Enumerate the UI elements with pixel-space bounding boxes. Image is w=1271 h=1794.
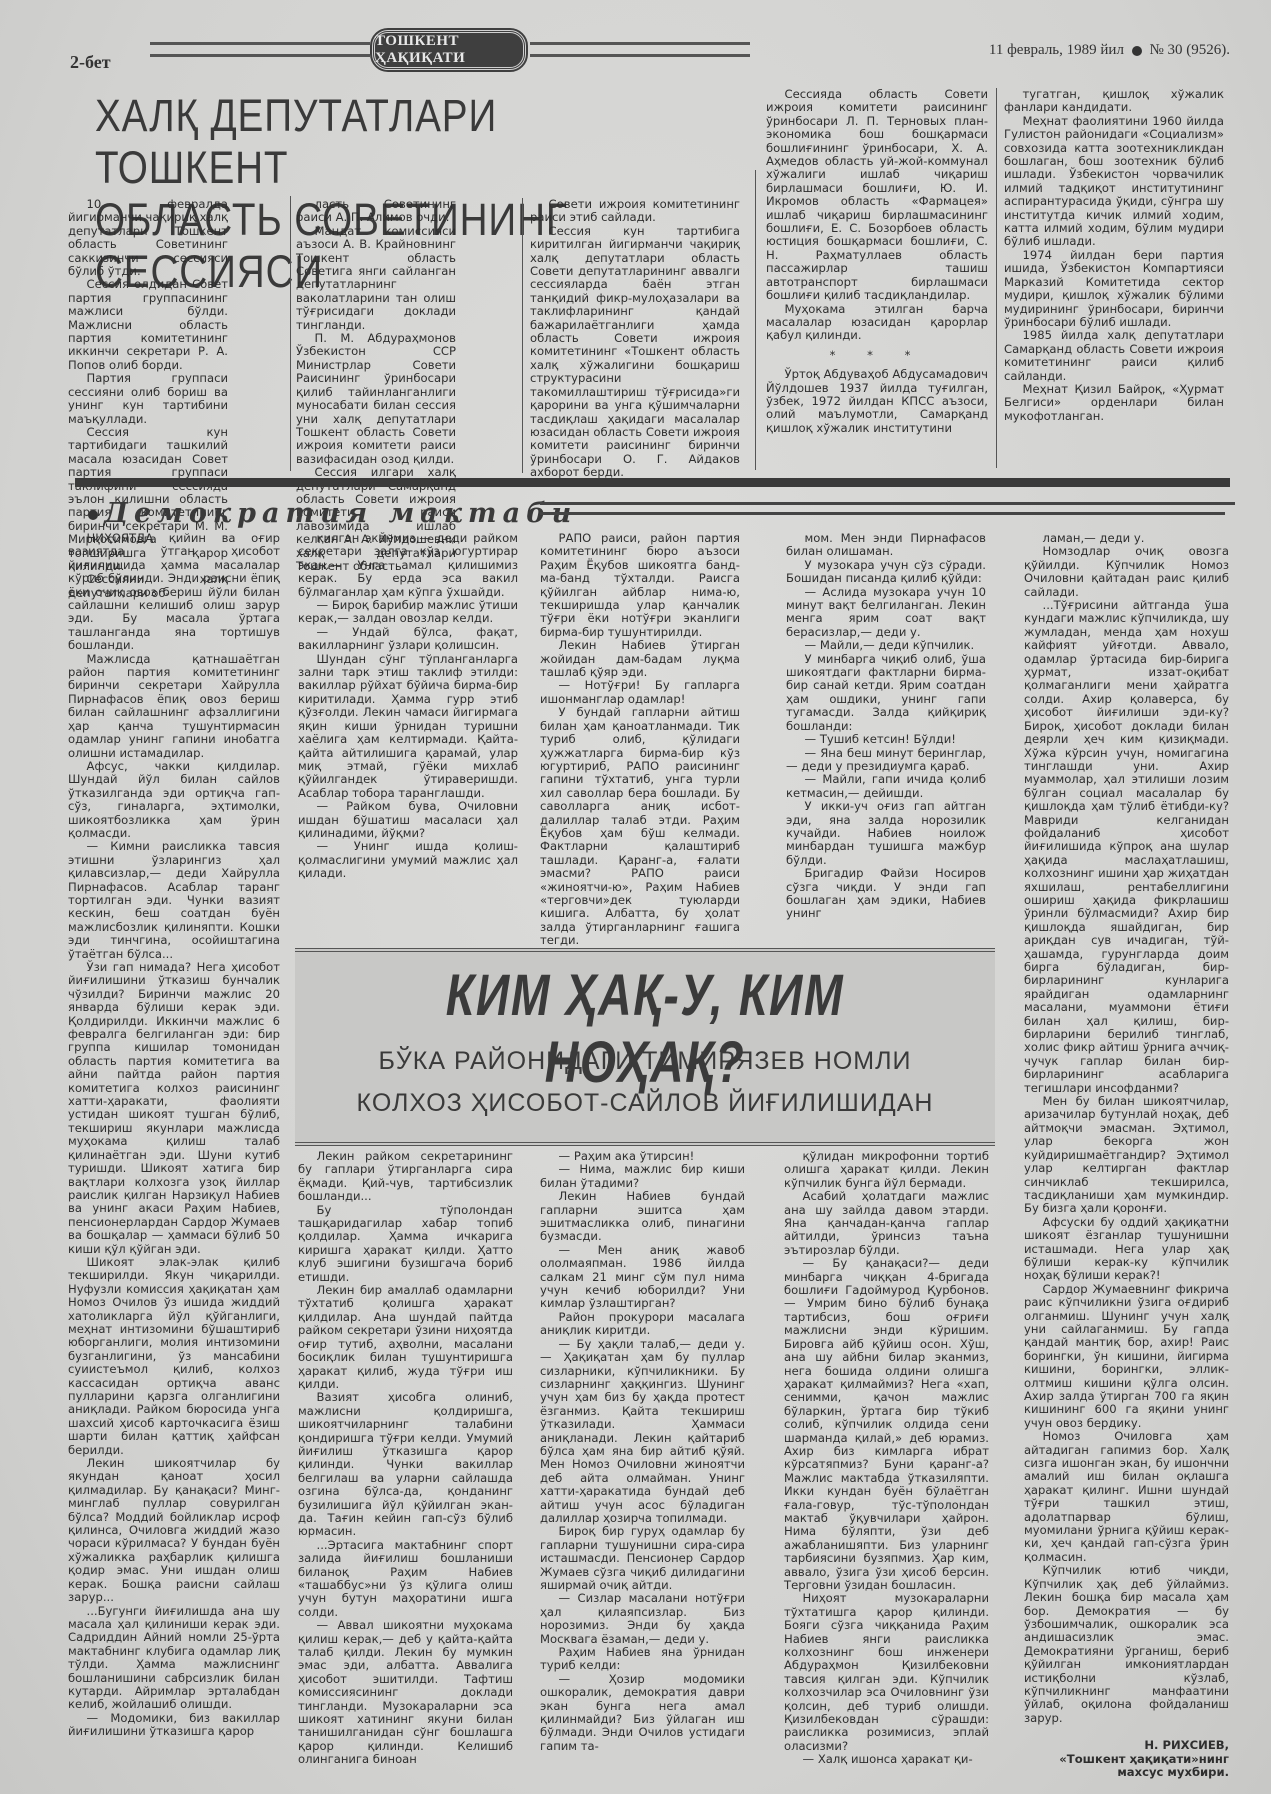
paragraph: Сардор Жумаевнинг фикрича раис кўпчиликн… xyxy=(1024,1283,1229,1430)
masthead-rule xyxy=(530,42,750,45)
issue-date: 11 февраль, 1989 йил xyxy=(989,42,1124,58)
section-separator: * * * xyxy=(766,349,988,362)
paragraph: РАПО раиси, район партия комитетининг бю… xyxy=(540,532,740,639)
article2-column-2-top: қилган эканмиз,— деди райком секретари з… xyxy=(298,532,518,881)
paragraph: Кўпчилик ютиб чиқди, Кўпчилик ҳақ деб ўй… xyxy=(1024,1564,1229,1725)
section-rule xyxy=(540,512,1225,515)
paragraph: Ўртоқ Абдуваҳоб Абдусамадович Йўлдошев 1… xyxy=(766,368,988,435)
paragraph: — Унинг ишда қолиш-қолмаслигини умумий м… xyxy=(298,840,518,880)
byline: Н. РИХСИЕВ, «Тошкент ҳақиқати»нинг махсу… xyxy=(1024,1739,1229,1779)
paragraph: Меҳнат Қизил Байроқ, «Ҳурмат Белгиси» ор… xyxy=(1004,383,1224,423)
paragraph: — Аввал шикоятни муҳокама қилиш керак,— … xyxy=(298,1619,513,1766)
paragraph: — Нима, мажлис бир киши билан ўтадими? xyxy=(540,1163,745,1190)
paragraph: — Сизлар масалани нотўғри ҳал қилаяпсизл… xyxy=(540,1592,745,1646)
paragraph: қўлидан микрофонни тортиб олишга ҳаракат… xyxy=(784,1150,989,1190)
paragraph: Ўзи гап нимада? Нега ҳисобот йиғилишини … xyxy=(68,961,280,1256)
page-number: 2-бет xyxy=(70,52,111,73)
paragraph: Шикоят элак-элак қилиб текширилди. Якун … xyxy=(68,1256,280,1457)
paragraph: — Халқ ишонса ҳаракат қи- xyxy=(784,1753,989,1766)
paragraph: — Бироқ барибир мажлис ўтиши керак,— зал… xyxy=(298,599,518,626)
paragraph: П. М. Абдураҳмонов Ўзбекистон ССР Минист… xyxy=(296,332,456,466)
paragraph: Мажлисда қатнашаётган район партия комит… xyxy=(68,653,280,760)
paragraph: 10 февралда йигирманчи чақириқ халқ депу… xyxy=(68,198,228,278)
paragraph: Мандат комиссияси аъзоси А. В. Крайновни… xyxy=(296,225,456,332)
paragraph: Раҳим Набиев яна ўрнидан туриб келди: xyxy=(540,1646,745,1673)
paragraph: — Райком бува, Очиловни ишдан бўшатиш ма… xyxy=(298,800,518,840)
article2-column-4-top: мом. Мен энди Пирнафасов билан олишаман.… xyxy=(786,532,986,921)
paragraph: қилган эканмиз,— деди райком секретари з… xyxy=(298,532,518,599)
paragraph: 1985 йилда халқ депутатлари Самарқанд об… xyxy=(1004,329,1224,383)
column-divider xyxy=(522,198,523,473)
paragraph: Район прокурори масалага аниқлик киритди… xyxy=(540,1311,745,1338)
paragraph: — Аслида музокара учун 10 минут вақт бел… xyxy=(786,586,986,640)
paragraph: Лекин шикоятчилар бу якундан қаноат ҳоси… xyxy=(68,1457,280,1604)
paragraph: — Ҳозир модомики ошкоралик, демократия д… xyxy=(540,1673,745,1753)
paragraph: — Раҳим ака ўтирсин! xyxy=(540,1150,745,1163)
bullet-icon xyxy=(1132,46,1142,56)
column-divider xyxy=(755,170,756,470)
banner-subtitle: БЎКА РАЙОНИДАГИ ТИМИРЯЗЕВ НОМЛИ xyxy=(295,1047,995,1076)
paragraph: Афсуски бу оддий ҳақиқатни шикоят ёзганл… xyxy=(1024,1216,1229,1283)
paragraph: — Майли,— деди кўпчилик. xyxy=(786,639,986,652)
paragraph: Бригадир Файзи Носиров сўзга чиқди. У эн… xyxy=(786,867,986,921)
paragraph: У минбарга чиқиб олиб, ўша шикоятдаги фа… xyxy=(786,653,986,733)
paragraph: ласть Советининг раиси А. П. Алимов очди… xyxy=(296,198,456,225)
paragraph: — Кимни раисликка тавсия этишни ўзларинг… xyxy=(68,840,280,961)
paragraph: 1974 йилдан бери партия ишида, Ўзбекисто… xyxy=(1004,249,1224,329)
section-title-text: Демократия мактаби xyxy=(104,498,577,529)
masthead-rule xyxy=(530,54,750,57)
paragraph: Ниҳоят музокараларни тўхтатишга қарор қи… xyxy=(784,1592,989,1753)
issue-number: № 30 (9526). xyxy=(1149,42,1230,58)
paragraph: ...Бугунги йиғилишда ана шу масала ҳал қ… xyxy=(68,1605,280,1712)
paragraph: мом. Мен энди Пирнафасов билан олишаман. xyxy=(786,532,986,559)
paragraph: — Тушиб кетсин! Бўлди! xyxy=(786,733,986,746)
bullet-icon xyxy=(88,510,98,520)
paragraph: ламан,— деди у. xyxy=(1024,532,1229,545)
paragraph: Асабий ҳолатдаги мажлис ана шу зайлда да… xyxy=(784,1190,989,1257)
article2-column-1: НИҲОЯТДА қийин ва оғир вазиятда ўтган ҳи… xyxy=(68,532,280,1739)
paragraph: ...Тўғрисини айтганда ўша кундаги мажлис… xyxy=(1024,599,1229,1095)
paragraph: ...Эртасига мактабнинг спорт залида йиғи… xyxy=(298,1539,513,1619)
paragraph: Номоз Очиловга ҳам айтадиган гапимиз бор… xyxy=(1024,1430,1229,1564)
paragraph: Совети ижроия комитетининг раиси этиб са… xyxy=(530,198,740,225)
article2-column-3-bottom: — Раҳим ака ўтирсин! — Нима, мажлис бир … xyxy=(540,1150,745,1753)
paragraph: Меҳнат фаолиятини 1960 йилда Гулистон ра… xyxy=(1004,115,1224,249)
paragraph: — Бу ҳақли талаб,— деди у. — Ҳақиқатан ҳ… xyxy=(540,1338,745,1526)
article-banner: КИМ ҲАҚ-У, КИМ НОҲАҚ? БЎКА РАЙОНИДАГИ ТИ… xyxy=(295,948,995,1146)
masthead-rule xyxy=(150,42,370,45)
paragraph: Лекин райком секретарининг бу гаплари ўт… xyxy=(298,1150,513,1204)
paragraph: Мен бу билан шикоятчилар, аризачилар бут… xyxy=(1024,1095,1229,1216)
paragraph: Сессия олдидан Совет партия группасининг… xyxy=(68,278,228,372)
article1-column-3: Совети ижроия комитетининг раиси этиб са… xyxy=(530,198,740,480)
paragraph: Партия группаси сессияни олиб бориш ва у… xyxy=(68,372,228,426)
article2-column-3-top: РАПО раиси, район партия комитетининг бю… xyxy=(540,532,740,948)
masthead: 2-бет ТОШКЕНТ ҲАҚИҚАТИ 11 февраль, 1989 … xyxy=(70,30,1240,80)
paragraph: — Мен аниқ жавоб ололмаяпман. 1986 йилда… xyxy=(540,1244,745,1311)
paragraph: У бундай гапларни айтиш билан ҳам қаноат… xyxy=(540,706,740,947)
paragraph: Номзодлар очиқ овозга қўйилди. Кўпчилик … xyxy=(1024,545,1229,599)
paragraph: Лекин Набиев ўтирган жойидан дам-бадам л… xyxy=(540,639,740,679)
column-divider xyxy=(996,88,997,468)
paragraph: Лекин Набиев бундай гапларни эшитса ҳам … xyxy=(540,1190,745,1244)
section-rule xyxy=(540,502,1235,505)
paragraph: Бу тўполондан ташқаридагилар хабар топиб… xyxy=(298,1204,513,1284)
paragraph: — Модомики, биз вакиллар йиғилишини ўтка… xyxy=(68,1712,280,1739)
paragraph: Лекин бир амаллаб одамларни тўхтатиб қол… xyxy=(298,1284,513,1391)
section-divider xyxy=(75,478,1230,487)
section-title: Демократия мактаби xyxy=(88,498,577,529)
paragraph: — Майли, гапи ичида қолиб кетмасин,— дей… xyxy=(786,773,986,800)
paragraph: Афсус, чакки қилдилар. Шундай йўл билан … xyxy=(68,760,280,840)
newspaper-page: 2-бет ТОШКЕНТ ҲАҚИҚАТИ 11 февраль, 1989 … xyxy=(0,0,1271,1794)
headline-line: ХАЛҚ ДЕПУТАТЛАРИ ТОШКЕНТ xyxy=(95,90,680,194)
paragraph: — Яна беш минут беринглар,— деди у прези… xyxy=(786,747,986,774)
paragraph: Шундан сўнг тўпланганларга зални тарк эт… xyxy=(298,653,518,800)
paragraph: У икки-уч оғиз гап айтган эди, яна залда… xyxy=(786,800,986,867)
paragraph: — Нотўғри! Бу гапларга ишонманглар одамл… xyxy=(540,679,740,706)
article1-column-5: тугатган, қишлоқ хўжалик фанлари кандида… xyxy=(1004,88,1224,423)
paragraph: НИҲОЯТДА қийин ва оғир вазиятда ўтган ҳи… xyxy=(68,532,280,653)
paragraph: — Бу қанақаси?— деди минбарга чиққан 4-б… xyxy=(784,1257,989,1592)
paragraph: Сессияда область Совети ижроия комитети … xyxy=(766,88,988,303)
article1-column-4: Сессияда область Совети ижроия комитети … xyxy=(766,88,988,435)
byline-name: Н. РИХСИЕВ, xyxy=(1024,1739,1229,1752)
byline-role: «Тошкент ҳақиқати»нинг махсус мухбири. xyxy=(1024,1753,1229,1780)
paragraph: Муҳокама этилган барча масалалар юзасида… xyxy=(766,303,988,343)
paper-name: ТОШКЕНТ ҲАҚИҚАТИ xyxy=(372,30,526,70)
article2-column-2-bottom: Лекин райком секретарининг бу гаплари ўт… xyxy=(298,1150,513,1767)
paragraph: Вазият ҳисобга олиниб, мажлисни қолдириш… xyxy=(298,1391,513,1538)
article2-column-4-bottom: қўлидан микрофонни тортиб олишга ҳаракат… xyxy=(784,1150,989,1767)
paragraph: Сессия кун тартибига киритилган йигирман… xyxy=(530,225,740,480)
masthead-rule xyxy=(150,54,370,57)
paragraph: У музокара учун сўз сўради. Бошидан писа… xyxy=(786,559,986,586)
paragraph: Бироқ бир гуруҳ одамлар бу гапларни тушу… xyxy=(540,1525,745,1592)
column-divider xyxy=(290,196,291,471)
paragraph: тугатган, қишлоқ хўжалик фанлари кандида… xyxy=(1004,88,1224,115)
dateline: 11 февраль, 1989 йил № 30 (9526). xyxy=(989,42,1230,59)
banner-subtitle: КОЛХОЗ ҲИСОБОТ-САЙЛОВ ЙИҒИЛИШИДАН xyxy=(295,1089,995,1118)
article2-column-5: ламан,— деди у. Номзодлар очиқ овозга қў… xyxy=(1024,532,1229,1779)
paragraph: — Ундай бўлса, фақат, вакилларнинг ўзлар… xyxy=(298,626,518,653)
